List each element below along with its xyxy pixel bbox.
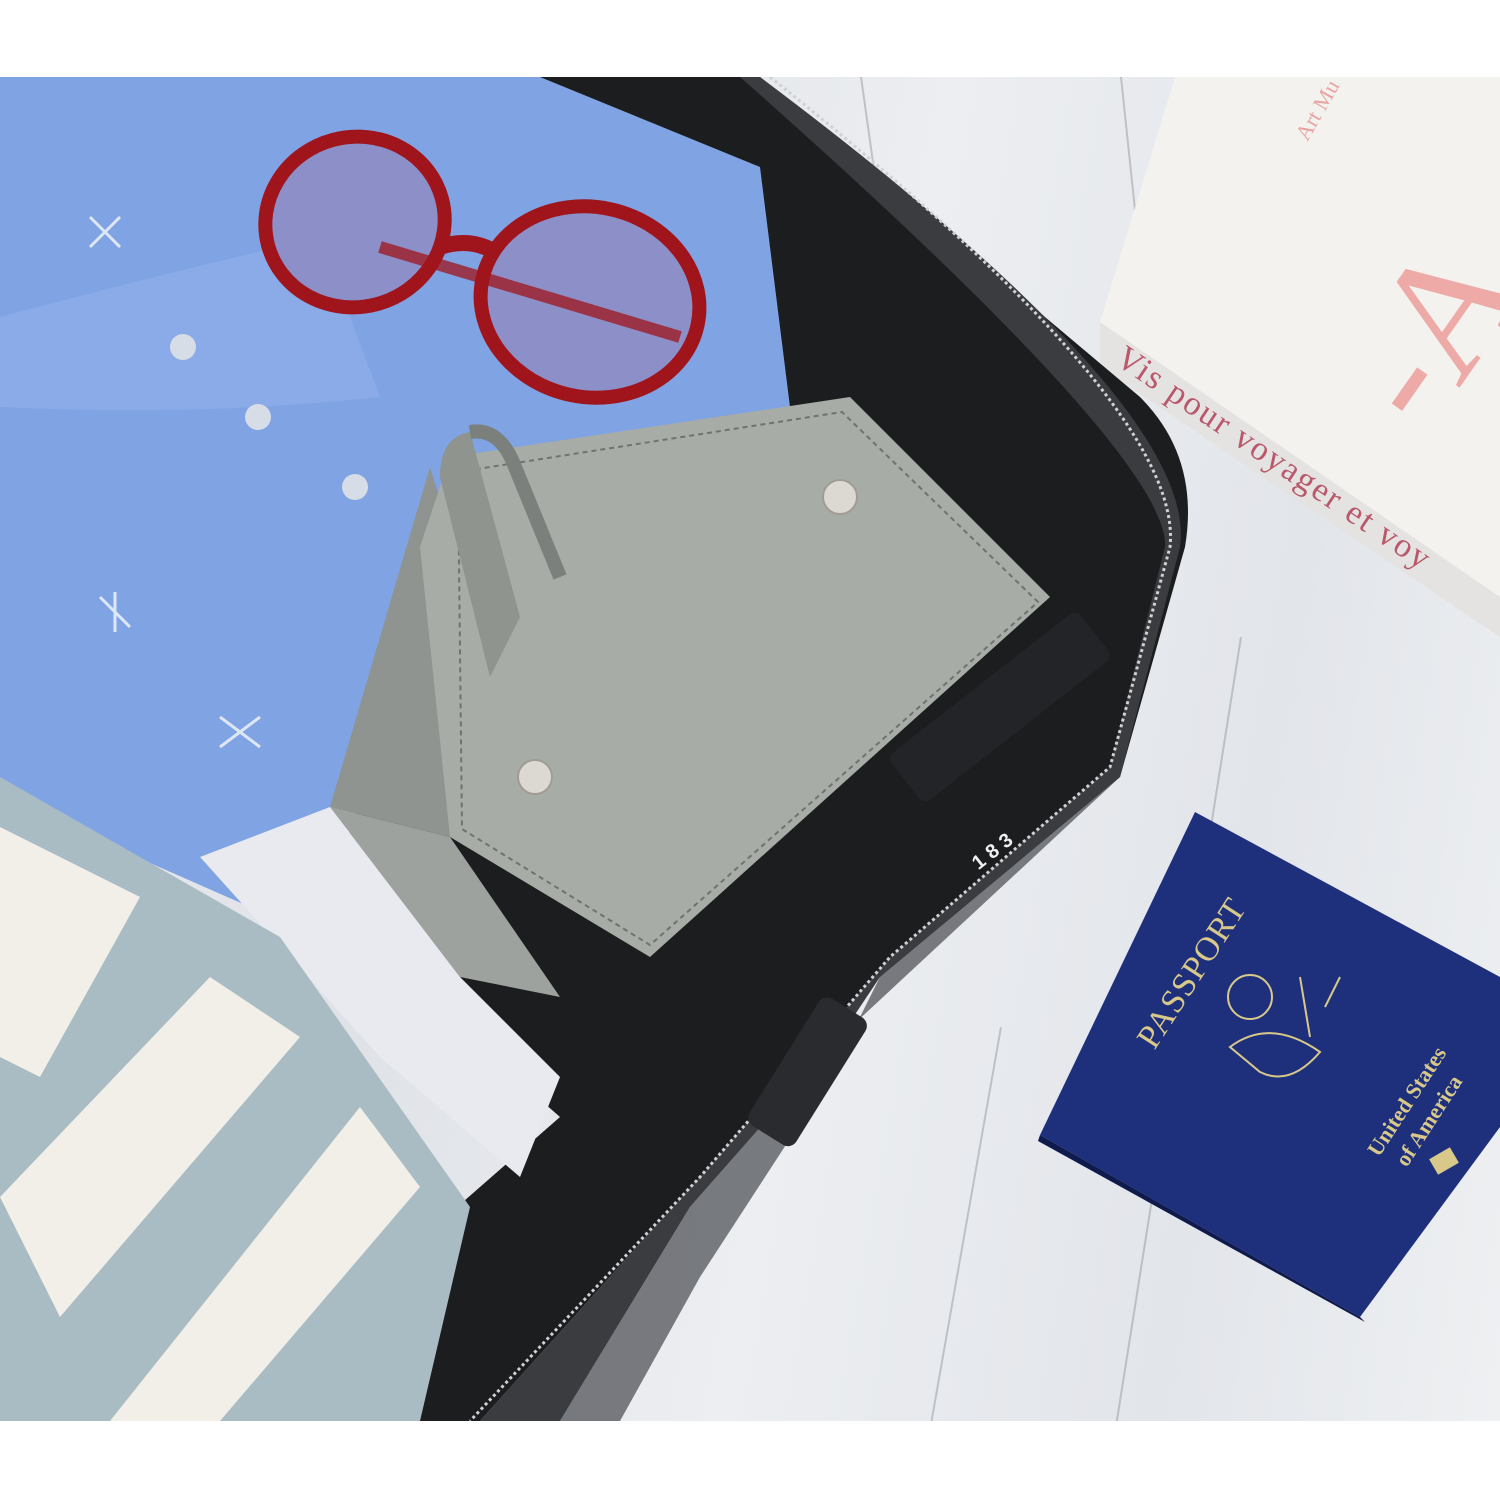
product-photo: Vis pour voyager et voy Art Mu -A PASSPO… [0, 77, 1500, 1421]
scene-illustration [0, 77, 1500, 1421]
